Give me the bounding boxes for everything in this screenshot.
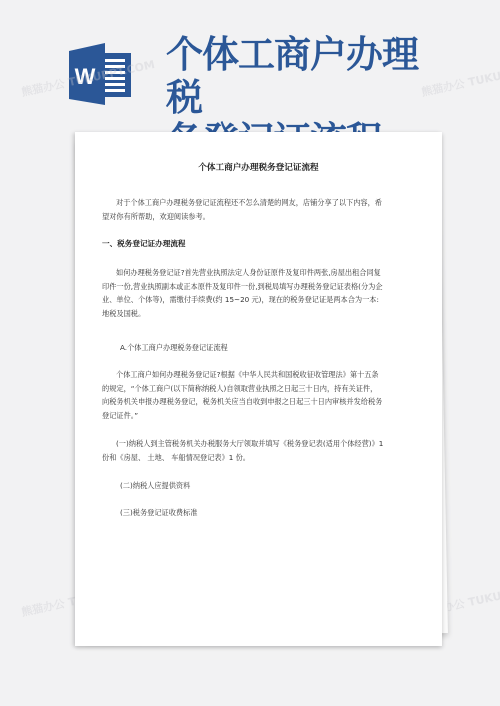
word-doc-icon: W [69, 43, 135, 105]
text-line: 印件一份,营业执照副本或正本原件及复印件一份,到税局填写办理税务登记证表格(分为… [102, 280, 419, 294]
text-line: 登记证件。” [102, 409, 419, 423]
paragraph-1: 如何办理税务登记证?首先营业执照法定人身份证原件及复印件两张,房屋出租合同复 印… [102, 266, 419, 320]
document-page: 个体工商户办理税务登记证流程 对于个体工商户办理税务登记证流程还不怎么清楚的网友… [75, 132, 442, 646]
text-line: 的规定，“个体工商户(以下简称纳税人)自领取营业执照之日起三十日内，持有关证件， [102, 382, 419, 396]
paragraph-2: 个体工商户如何办理税务登记证?根据《中华人民共和国税收征收管理法》第十五条 的规… [102, 368, 419, 422]
list-item-3: (三)税务登记证收费标准 [120, 506, 197, 520]
text-line: 对于个体工商户办理税务登记证流程还不怎么清楚的网友，店铺分享了以下内容，希 [102, 196, 419, 210]
header: W 个体工商户办理税 务登记证流程 [0, 0, 500, 130]
svg-text:W: W [75, 64, 96, 89]
text-line: 向税务机关申报办理税务登记，税务机关应当自收到申报之日起三十日内审核并发给税务 [102, 395, 419, 409]
text-line: 业、单位、个体等)，需缴付手续费(约 15~20 元)，现在的税务登记证是两本合… [102, 293, 419, 307]
text-line: 地税及国税。 [102, 307, 419, 321]
section-heading: 一、税务登记证办理流程 [102, 237, 186, 251]
text-line: (一)纳税人到主管税务机关办税服务大厅领取并填写《税务登记表(适用个体经营)》1 [102, 437, 419, 451]
title-line-1: 个体工商户办理税 [166, 33, 436, 119]
list-item-2: (二)纳税人应提供资料 [120, 479, 190, 493]
text-line: 个体工商户如何办理税务登记证?根据《中华人民共和国税收征收管理法》第十五条 [102, 368, 419, 382]
document-title: 个体工商户办理税务登记证流程 [75, 162, 442, 176]
text-line: 望对你有所帮助，欢迎阅读参考。 [102, 210, 419, 224]
subheading-a: A.个体工商户办理税务登记证流程 [120, 341, 228, 355]
intro-paragraph: 对于个体工商户办理税务登记证流程还不怎么清楚的网友，店铺分享了以下内容，希 望对… [102, 196, 419, 223]
text-line: 如何办理税务登记证?首先营业执照法定人身份证原件及复印件两张,房屋出租合同复 [102, 266, 419, 280]
text-line: 份和《房屋、 土地、 车船情况登记表》1 份。 [102, 451, 419, 465]
list-item-1: (一)纳税人到主管税务机关办税服务大厅领取并填写《税务登记表(适用个体经营)》1… [102, 437, 419, 464]
